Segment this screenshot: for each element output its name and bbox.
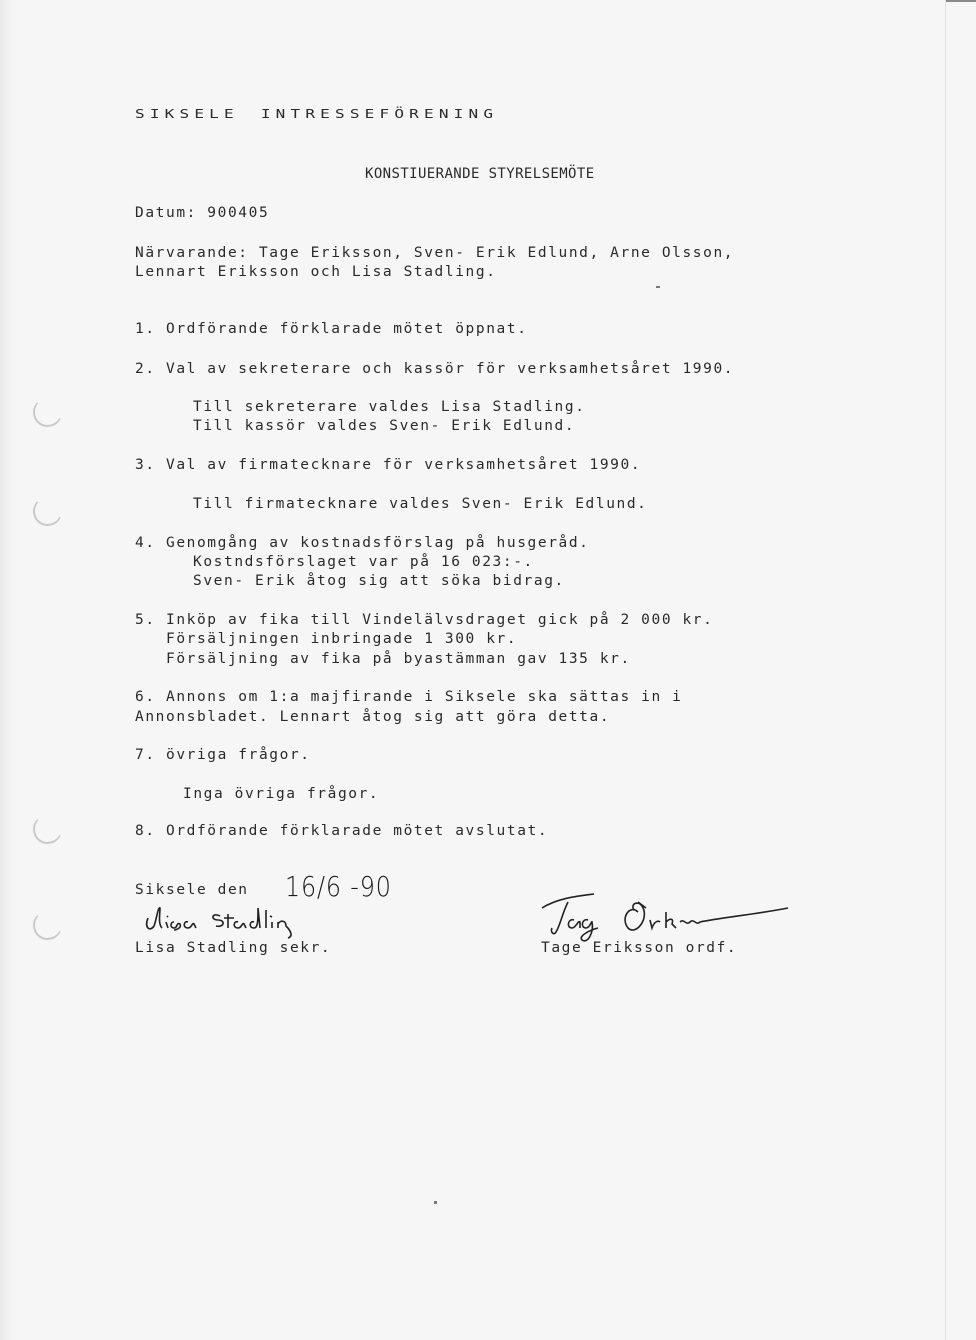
secretary-name: Lisa Stadling sekr. (135, 939, 331, 957)
scan-shadow (0, 0, 14, 1340)
handwritten-date: 16/6 -90 (285, 870, 392, 903)
agenda-item-4: 4. Genomgång av kostnadsförslag på husge… (135, 534, 590, 552)
agenda-item-4-detail: Sven- Erik åtog sig att söka bidrag. (193, 572, 565, 590)
agenda-item-2: 2. Val av sekreterare och kassör för ver… (135, 360, 734, 378)
punch-hole (31, 813, 65, 847)
attendees-line: Närvarande: Tage Eriksson, Sven- Erik Ed… (135, 244, 734, 262)
agenda-item-7-detail: Inga övriga frågor. (183, 785, 379, 803)
secretary-signature (140, 900, 360, 940)
agenda-item-7: 7. övriga frågor. (135, 746, 311, 764)
place-label: Siksele den (135, 881, 249, 899)
org-word-2: INTRESSEFÖRENING (261, 106, 498, 121)
agenda-item-6: 6. Annons om 1:a majfirande i Siksele sk… (135, 688, 682, 706)
scan-speck (656, 286, 660, 288)
agenda-item-5-line: Försäljning av fika på byastämman gav 13… (135, 650, 631, 668)
date-line: Datum: 900405 (135, 204, 269, 222)
chair-name: Tage Eriksson ordf. (541, 939, 737, 957)
agenda-item-5-line: Försäljningen inbringade 1 300 kr. (135, 630, 517, 648)
agenda-item-2-detail: Till kassör valdes Sven- Erik Edlund. (193, 417, 575, 435)
agenda-item-8: 8. Ordförande förklarade mötet avslutat. (135, 822, 548, 840)
agenda-item-3: 3. Val av firmatecknare för verksamhetså… (135, 456, 641, 474)
org-word-1: SIKSELE (135, 106, 239, 121)
agenda-item-2-detail: Till sekreterare valdes Lisa Stadling. (193, 398, 586, 416)
punch-hole (31, 495, 65, 529)
punch-hole (31, 396, 65, 430)
agenda-item-1: 1. Ordförande förklarade mötet öppnat. (135, 320, 528, 338)
meeting-title: KONSTIUERANDE STYRELSEMÖTE (365, 166, 595, 182)
page-edge (945, 0, 946, 1340)
attendees-line: Lennart Eriksson och Lisa Stadling. (135, 263, 497, 281)
organization-title: SIKSELEINTRESSEFÖRENING (135, 106, 498, 121)
signature-scribble-icon (140, 900, 360, 940)
page-edge-top (946, 0, 976, 2)
punch-hole (31, 909, 65, 943)
agenda-item-5: 5. Inköp av fika till Vindelälvsdraget g… (135, 611, 713, 629)
agenda-item-6-line: Annonsbladet. Lennart åtog sig att göra … (135, 708, 610, 726)
agenda-item-4-detail: Kostndsförslaget var på 16 023:-. (193, 553, 534, 571)
scan-speck (434, 1201, 437, 1204)
agenda-item-3-detail: Till firmatecknare valdes Sven- Erik Edl… (193, 495, 648, 513)
